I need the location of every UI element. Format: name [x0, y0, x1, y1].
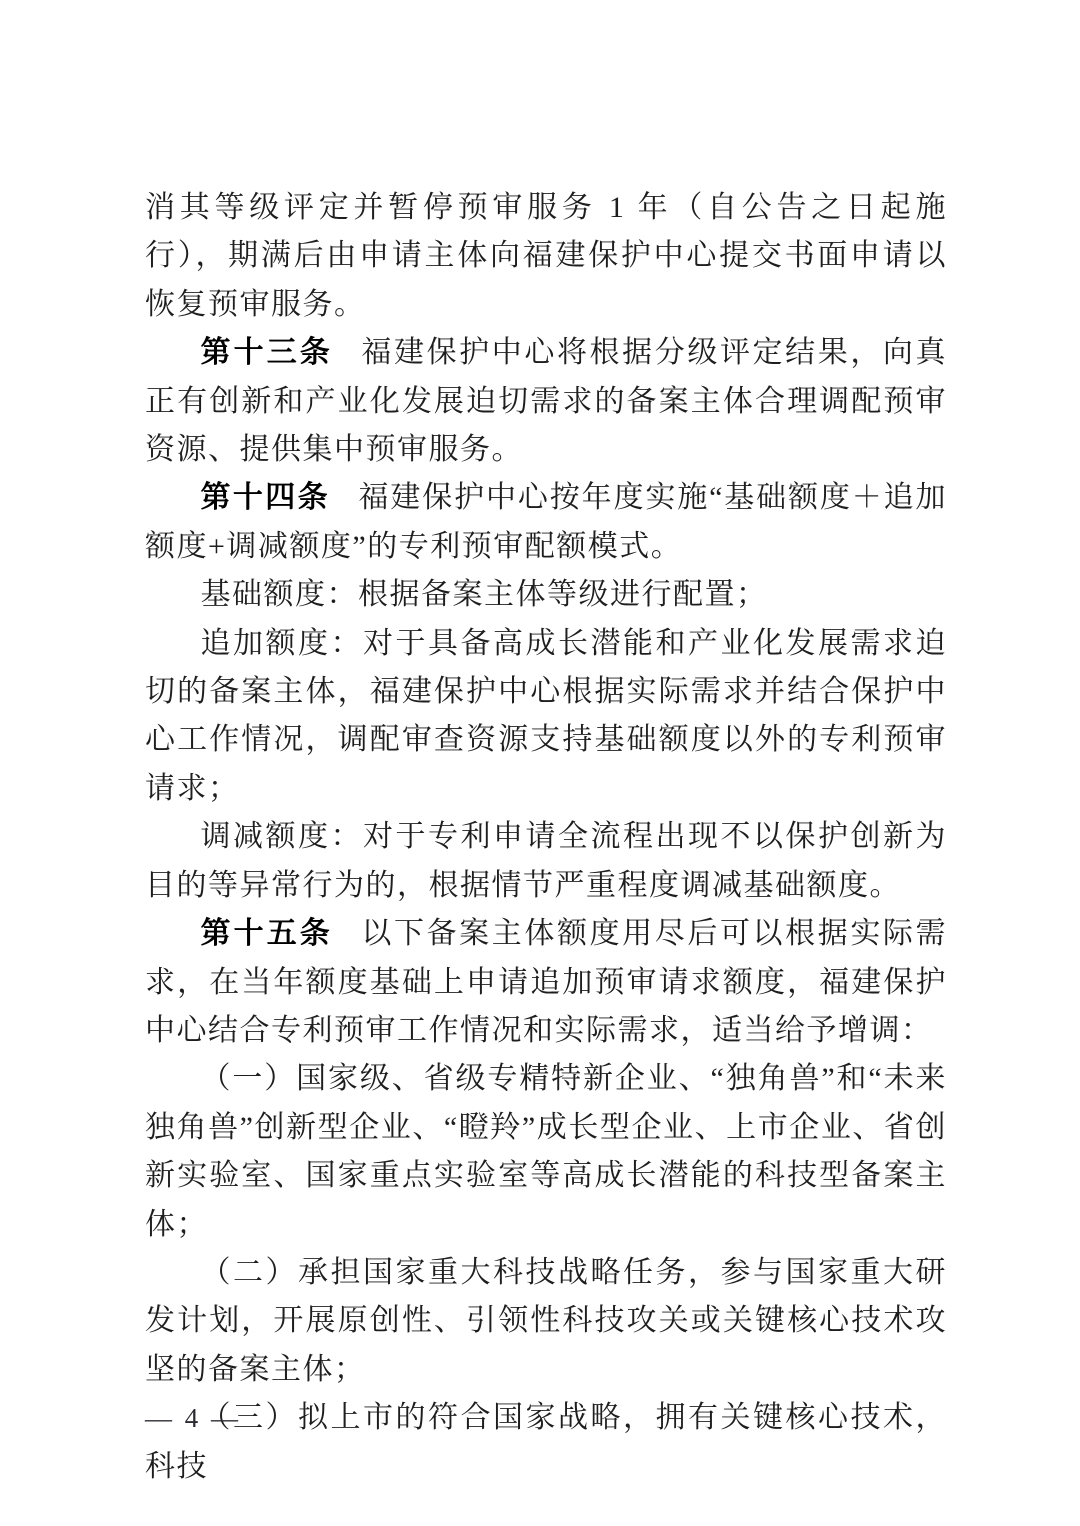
article-13-paragraph: 第十三条福建保护中心将根据分级评定结果，向真正有创新和产业化发展迫切需求的备案主… [145, 329, 947, 474]
document-page: 消其等级评定并暂停预审服务 1 年（自公告之日起施行），期满后由申请主体向福建保… [0, 0, 1080, 1526]
article-15-paragraph: 第十五条以下备案主体额度用尽后可以根据实际需求，在当年额度基础上申请追加预审请求… [145, 910, 947, 1055]
quota-base-paragraph: 基础额度：根据备案主体等级进行配置； [145, 571, 947, 619]
paragraph-continuation: 消其等级评定并暂停预审服务 1 年（自公告之日起施行），期满后由申请主体向福建保… [145, 184, 947, 329]
paragraph-text: 基础额度：根据备案主体等级进行配置； [201, 578, 768, 611]
paragraph-text: （一）国家级、省级专精特新企业、“独角兽”和“未来独角兽”创新型企业、“瞪羚”成… [145, 1062, 947, 1240]
paragraph-text: 消其等级评定并暂停预审服务 1 年（自公告之日起施行），期满后由申请主体向福建保… [145, 191, 947, 321]
paragraph-text: 调减额度：对于专利申请全流程出现不以保护创新为目的等异常行为的，根据情节严重程度… [145, 820, 947, 901]
article-15-label: 第十五条 [201, 917, 333, 950]
paragraph-text: （三）拟上市的符合国家战略，拥有关键核心技术，科技 [145, 1401, 947, 1482]
item-3-paragraph: （三）拟上市的符合国家战略，拥有关键核心技术，科技 [145, 1394, 947, 1491]
item-2-paragraph: （二）承担国家重大科技战略任务，参与国家重大研发计划，开展原创性、引领性科技攻关… [145, 1249, 947, 1394]
article-13-label: 第十三条 [201, 336, 333, 369]
quota-additional-paragraph: 追加额度：对于具备高成长潜能和产业化发展需求迫切的备案主体，福建保护中心根据实际… [145, 620, 947, 814]
article-14-paragraph: 第十四条福建保护中心按年度实施“基础额度＋追加额度+调减额度”的专利预审配额模式… [145, 474, 947, 571]
page-number: — 4 — [145, 1403, 241, 1434]
article-14-label: 第十四条 [201, 481, 331, 514]
paragraph-text: （二）承担国家重大科技战略任务，参与国家重大研发计划，开展原创性、引领性科技攻关… [145, 1256, 947, 1386]
paragraph-text: 追加额度：对于具备高成长潜能和产业化发展需求迫切的备案主体，福建保护中心根据实际… [145, 627, 947, 805]
quota-reduction-paragraph: 调减额度：对于专利申请全流程出现不以保护创新为目的等异常行为的，根据情节严重程度… [145, 813, 947, 910]
document-body: 消其等级评定并暂停预审服务 1 年（自公告之日起施行），期满后由申请主体向福建保… [145, 184, 947, 1491]
item-1-paragraph: （一）国家级、省级专精特新企业、“独角兽”和“未来独角兽”创新型企业、“瞪羚”成… [145, 1055, 947, 1249]
